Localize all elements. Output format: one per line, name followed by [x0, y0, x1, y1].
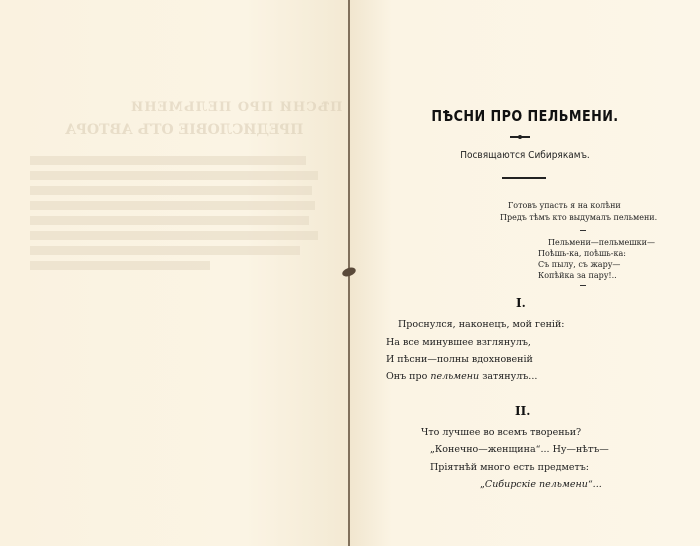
bleed-through-heading: ПРЕДИСЛОВІЕ ОТЪ АВТОРА — [65, 122, 303, 138]
bleed-through-title: ПѢСНИ ПРО ПЕЛЬМЕНИ — [130, 100, 342, 115]
epigraph-line: Готовъ упасть я на колѣни — [508, 200, 621, 212]
verse-line: Что лучшее во всемъ твореньи? — [421, 424, 581, 442]
page-title: ПѢСНИ ПРО ПЕЛЬМЕНИ. — [376, 107, 674, 125]
dash-divider — [580, 285, 586, 286]
verse-line: „Конечно—женщина“... Ну—нѣтъ— — [430, 441, 609, 459]
verse-line: Проснулся, наконецъ, мой геній: — [398, 316, 564, 334]
verse-line: Пріятнѣй много есть предметъ: — [430, 459, 589, 477]
section-numeral: I. — [516, 296, 526, 310]
dedication: Посвящаются Сибирякамъ. — [368, 150, 683, 161]
refrain-line: Копѣйка за пару!.. — [538, 270, 617, 282]
italic-phrase: Сибирскіе пельмени — [485, 479, 588, 490]
ornament-divider — [510, 136, 530, 138]
book-spread: ПѢСНИ ПРО ПЕЛЬМЕНИ ПРЕДИСЛОВІЕ ОТЪ АВТОР… — [0, 0, 700, 546]
verse-line: На все минувшее взглянулъ, — [386, 334, 531, 352]
rule-divider — [502, 177, 546, 179]
verse-line: „Сибирскіе пельмени“... — [480, 476, 602, 494]
verse-line: Онъ про пельмени затянулъ... — [386, 368, 537, 386]
epigraph-line: Предъ тѣмъ кто выдумалъ пельмени. — [500, 212, 657, 224]
italic-word: пельмени — [430, 371, 479, 382]
section-numeral: II. — [515, 404, 530, 418]
verse-line: И пѣсни—полны вдохновеній — [386, 351, 533, 369]
left-page: ПѢСНИ ПРО ПЕЛЬМЕНИ ПРЕДИСЛОВІЕ ОТЪ АВТОР… — [0, 0, 350, 546]
dash-divider — [580, 230, 586, 231]
bleed-through-text — [30, 150, 330, 300]
